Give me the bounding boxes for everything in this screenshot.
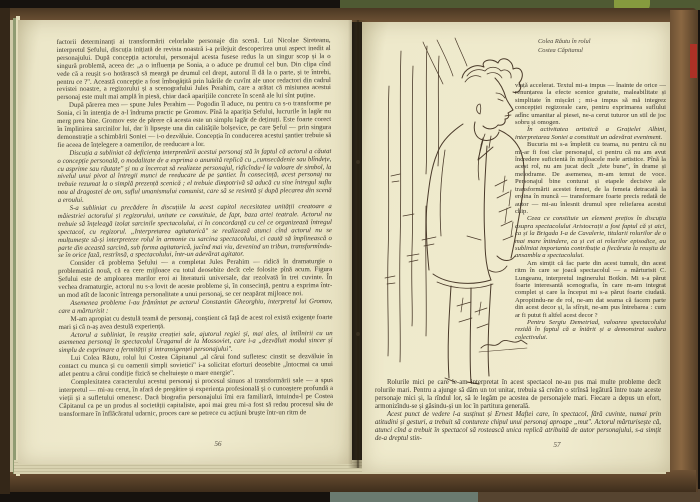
spine-stitch-dot <box>356 160 360 164</box>
page-number-left: 56 <box>198 440 238 448</box>
right-page: Colea Răutu în rolul Costea Căpitanul vi… <box>362 22 670 472</box>
paragraph: După părerea mea — spune Jules Perahim —… <box>57 100 331 149</box>
left-page-text: factorii determinanți ai transformării c… <box>57 37 334 455</box>
book-cover-left-edge <box>0 8 10 494</box>
right-page-bottom-text: Rolurile mici pe care le-am interpretat … <box>375 379 661 459</box>
paragraph: factorii determinanți ai transformării c… <box>57 37 331 102</box>
book-cover-right-edge <box>670 10 698 492</box>
illustration-caption: Colea Răutu în rolul Costea Căpitanul <box>538 38 666 55</box>
red-bookmark-mark <box>690 44 697 78</box>
actor-sketch-illustration <box>367 26 539 392</box>
book-photo: factorii determinanți ai transformării c… <box>0 0 700 502</box>
right-column-text: viață accelerat. Textul mi-a impus — îna… <box>515 82 666 378</box>
paragraph: Pentru Sergiu Demetriad, valoarea specta… <box>515 319 666 341</box>
paragraph: Lui Colea Răutu, rolul lui Costea Căpita… <box>59 353 333 379</box>
paragraph: Bucuria mi s-a împletit cu teama, nu pen… <box>515 141 666 215</box>
paragraph: Asemenea probleme l-au frămîntat pe acto… <box>58 298 332 316</box>
actor-sketch-svg <box>367 26 539 392</box>
spine-stitch-dot <box>356 332 360 336</box>
table-bottom-teal <box>330 491 482 502</box>
page-number-right: 57 <box>537 441 577 449</box>
paragraph: Discuția a subliniat că deficiența inter… <box>57 148 331 205</box>
left-page: factorii determinanți ai transformării c… <box>18 20 352 464</box>
paragraph: Complexitatea caracterului acestui perso… <box>59 377 333 418</box>
paragraph: Am simțit că fac parte din acest tumult,… <box>515 260 666 319</box>
paragraph: Consider că problema Șefului — a complet… <box>58 258 332 299</box>
paragraph: Rolurile mici pe care le-am interpretat … <box>375 379 661 411</box>
paragraph: Ceea ce constituie un element prețios în… <box>515 215 666 259</box>
paragraph: S-a subliniat cu precădere în discuțiile… <box>58 203 332 260</box>
paragraph: M-am apropiat cu destulă teamă de person… <box>58 314 332 332</box>
paragraph: Actorul a subliniat, în reușita creației… <box>59 330 333 356</box>
paragraph: Acest punct de vedere l-a susținut și Er… <box>375 411 661 443</box>
paragraph: În activitatea artistică a Grațielei Alb… <box>515 126 666 141</box>
paragraph: viață accelerat. Textul mi-a impus — îna… <box>515 82 666 126</box>
